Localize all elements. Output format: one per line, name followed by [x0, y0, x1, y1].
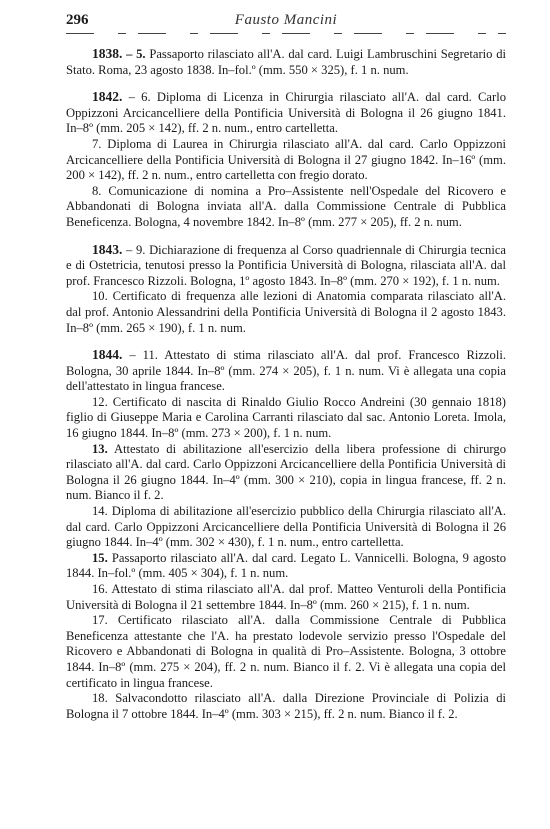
entry-number: 7. [92, 137, 101, 151]
entry-number: – 11. [129, 348, 158, 362]
entry-15: 15. Passaporto rilasciato all'A. dal car… [66, 551, 506, 582]
entry-18: 18. Salvacondotto rilasciato all'A. dall… [66, 691, 506, 722]
entry-7: 7. Diploma di Laurea in Chirurgia rilasc… [66, 137, 506, 184]
entry-year: 1842. [92, 89, 122, 104]
entry-9: 1843. – 9. Dichiarazione di frequenza al… [66, 242, 506, 290]
entry-year: 1844. [92, 347, 122, 362]
entry-number: 13. [92, 442, 108, 456]
page-header: 296 Fausto Mancini [66, 10, 506, 30]
entry-year: 1838. [92, 46, 122, 61]
entry-10: 10. Certificato di frequenza alle lezion… [66, 289, 506, 336]
entry-number: – 5. [126, 47, 145, 61]
entry-text: Passaporto rilasciato all'A. dal card. L… [66, 551, 506, 581]
entry-8: 8. Comunicazione di nomina a Pro–Assiste… [66, 184, 506, 231]
entry-number: 18. [92, 691, 108, 705]
entry-number: – 9. [126, 243, 145, 257]
entry-text: Salvacondotto rilasciato all'A. dalla Di… [66, 691, 506, 721]
entry-number: 10. [92, 289, 108, 303]
entry-17: 17. Certificato rilasciato all'A. dalla … [66, 613, 506, 691]
entry-13: 13. Attestato di abilitazione all'eserci… [66, 442, 506, 504]
entry-number: 15. [92, 551, 108, 565]
entry-number: 8. [92, 184, 101, 198]
entry-text: Certificato di frequenza alle lezioni di… [66, 289, 506, 334]
entry-16: 16. Attestato di stima rilasciato all'A.… [66, 582, 506, 613]
entry-number: – 6. [129, 90, 151, 104]
header-rule [66, 33, 506, 34]
entry-number: 17. [92, 613, 108, 627]
entry-number: 16. [92, 582, 108, 596]
entry-text: Certificato rilasciato all'A. dalla Comm… [66, 613, 506, 689]
catalog-entries: 1838. – 5. Passaporto rilasciato all'A. … [66, 46, 506, 722]
entry-text: Certificato di nascita di Rinaldo Giulio… [66, 395, 506, 440]
entry-6: 1842. – 6. Diploma di Licenza in Chirurg… [66, 89, 506, 137]
entry-12: 12. Certificato di nascita di Rinaldo Gi… [66, 395, 506, 442]
running-title: Fausto Mancini [66, 12, 506, 29]
entry-5: 1838. – 5. Passaporto rilasciato all'A. … [66, 46, 506, 78]
entry-text: Attestato di abilitazione all'esercizio … [66, 442, 506, 503]
entry-14: 14. Diploma di abilitazione all'esercizi… [66, 504, 506, 551]
entry-text: Comunicazione di nomina a Pro–Assistente… [66, 184, 506, 229]
entry-text: Diploma di abilitazione all'esercizio pu… [66, 504, 506, 549]
entry-number: 14. [92, 504, 108, 518]
entry-number: 12. [92, 395, 108, 409]
entry-11: 1844. – 11. Attestato di stima rilasciat… [66, 347, 506, 395]
entry-text: Attestato di stima rilasciato all'A. dal… [66, 582, 506, 612]
entry-year: 1843. [92, 242, 122, 257]
entry-text: Diploma di Laurea in Chirurgia rilasciat… [66, 137, 506, 182]
